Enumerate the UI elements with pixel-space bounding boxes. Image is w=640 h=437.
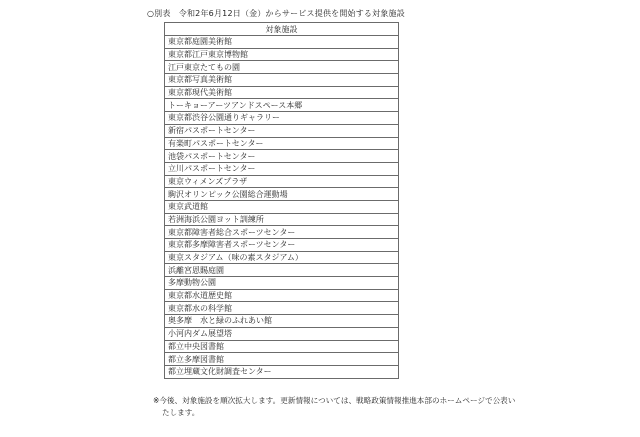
facility-name-cell: 立川パスポートセンター	[165, 162, 399, 175]
facility-name-cell: 東京都渋谷公園通りギャラリー	[165, 112, 399, 125]
header-row: 対象施設	[165, 23, 399, 36]
table-row: 都立中央図書館	[165, 340, 399, 353]
footnote-line-1: ※今後、対象施設を順次拡大します。更新情報については、戦略政策情報推進本部のホー…	[153, 395, 515, 407]
table-row: 都立多摩図書館	[165, 353, 399, 366]
footnote-line-2: たします。	[153, 407, 515, 419]
table-row: 有楽町パスポートセンター	[165, 137, 399, 150]
facility-name-cell: 東京都江戸東京博物館	[165, 48, 399, 61]
facility-name-cell: 東京都多摩障害者スポーツセンター	[165, 239, 399, 252]
table-row: 東京都現代美術館	[165, 86, 399, 99]
table-row: 駒沢オリンピック公園総合運動場	[165, 188, 399, 201]
table-row: 東京スタジアム（味の素スタジアム）	[165, 251, 399, 264]
facility-table-body: 東京都庭園美術館 東京都江戸東京博物館 江戸東京たてもの園 東京都写真美術館 東…	[165, 36, 399, 379]
facility-name-cell: 奥多摩 水と緑のふれあい館	[165, 315, 399, 328]
table-row: 東京ウィメンズプラザ	[165, 175, 399, 188]
table-row: 江戸東京たてもの園	[165, 61, 399, 74]
facility-name-cell: 駒沢オリンピック公園総合運動場	[165, 188, 399, 201]
facility-column-header: 対象施設	[165, 23, 399, 36]
facility-name-cell: 有楽町パスポートセンター	[165, 137, 399, 150]
table-row: 浜離宮恩賜庭園	[165, 264, 399, 277]
table-row: 東京都障害者総合スポーツセンター	[165, 226, 399, 239]
facility-name-cell: 若洲海浜公園ヨット訓練所	[165, 213, 399, 226]
table-row: 若洲海浜公園ヨット訓練所	[165, 213, 399, 226]
table-row: 東京都江戸東京博物館	[165, 48, 399, 61]
facility-name-cell: 江戸東京たてもの園	[165, 61, 399, 74]
table-row: 東京都写真美術館	[165, 74, 399, 87]
facility-name-cell: 東京都障害者総合スポーツセンター	[165, 226, 399, 239]
facility-name-cell: 東京武道館	[165, 200, 399, 213]
facility-name-cell: 東京都庭園美術館	[165, 36, 399, 49]
table-row: 池袋パスポートセンター	[165, 150, 399, 163]
facility-name-cell: 都立中央図書館	[165, 340, 399, 353]
table-row: トーキョーアーツアンドスペース本郷	[165, 99, 399, 112]
table-row: 奥多摩 水と緑のふれあい館	[165, 315, 399, 328]
table-row: 立川パスポートセンター	[165, 162, 399, 175]
facility-name-cell: 東京都写真美術館	[165, 74, 399, 87]
table-row: 新宿パスポートセンター	[165, 124, 399, 137]
facility-name-cell: 都立埋蔵文化財調査センター	[165, 365, 399, 378]
facility-table: 対象施設 東京都庭園美術館 東京都江戸東京博物館 江戸東京たてもの園 東京都写真…	[164, 22, 399, 379]
facility-name-cell: 浜離宮恩賜庭園	[165, 264, 399, 277]
facility-name-cell: 東京スタジアム（味の素スタジアム）	[165, 251, 399, 264]
facility-name-cell: 新宿パスポートセンター	[165, 124, 399, 137]
facility-name-cell: 池袋パスポートセンター	[165, 150, 399, 163]
facility-name-cell: 東京ウィメンズプラザ	[165, 175, 399, 188]
table-row: 小河内ダム展望塔	[165, 327, 399, 340]
facility-name-cell: 東京都水の科学館	[165, 302, 399, 315]
table-row: 東京都水道歴史館	[165, 289, 399, 302]
table-row: 都立埋蔵文化財調査センター	[165, 365, 399, 378]
facility-name-cell: トーキョーアーツアンドスペース本郷	[165, 99, 399, 112]
table-row: 多摩動物公園	[165, 277, 399, 290]
facility-name-cell: 都立多摩図書館	[165, 353, 399, 366]
footnote: ※今後、対象施設を順次拡大します。更新情報については、戦略政策情報推進本部のホー…	[153, 395, 515, 419]
table-row: 東京都水の科学館	[165, 302, 399, 315]
table-row: 東京武道館	[165, 200, 399, 213]
facility-name-cell: 東京都現代美術館	[165, 86, 399, 99]
document-page: ○別表 令和2年6月12日（金）からサービス提供を開始する対象施設 対象施設 東…	[0, 0, 640, 437]
facility-name-cell: 東京都水道歴史館	[165, 289, 399, 302]
facility-table-head: 対象施設	[165, 23, 399, 36]
document-title: ○別表 令和2年6月12日（金）からサービス提供を開始する対象施設	[147, 9, 405, 19]
facility-name-cell: 多摩動物公園	[165, 277, 399, 290]
table-row: 東京都渋谷公園通りギャラリー	[165, 112, 399, 125]
table-row: 東京都庭園美術館	[165, 36, 399, 49]
table-row: 東京都多摩障害者スポーツセンター	[165, 239, 399, 252]
facility-name-cell: 小河内ダム展望塔	[165, 327, 399, 340]
